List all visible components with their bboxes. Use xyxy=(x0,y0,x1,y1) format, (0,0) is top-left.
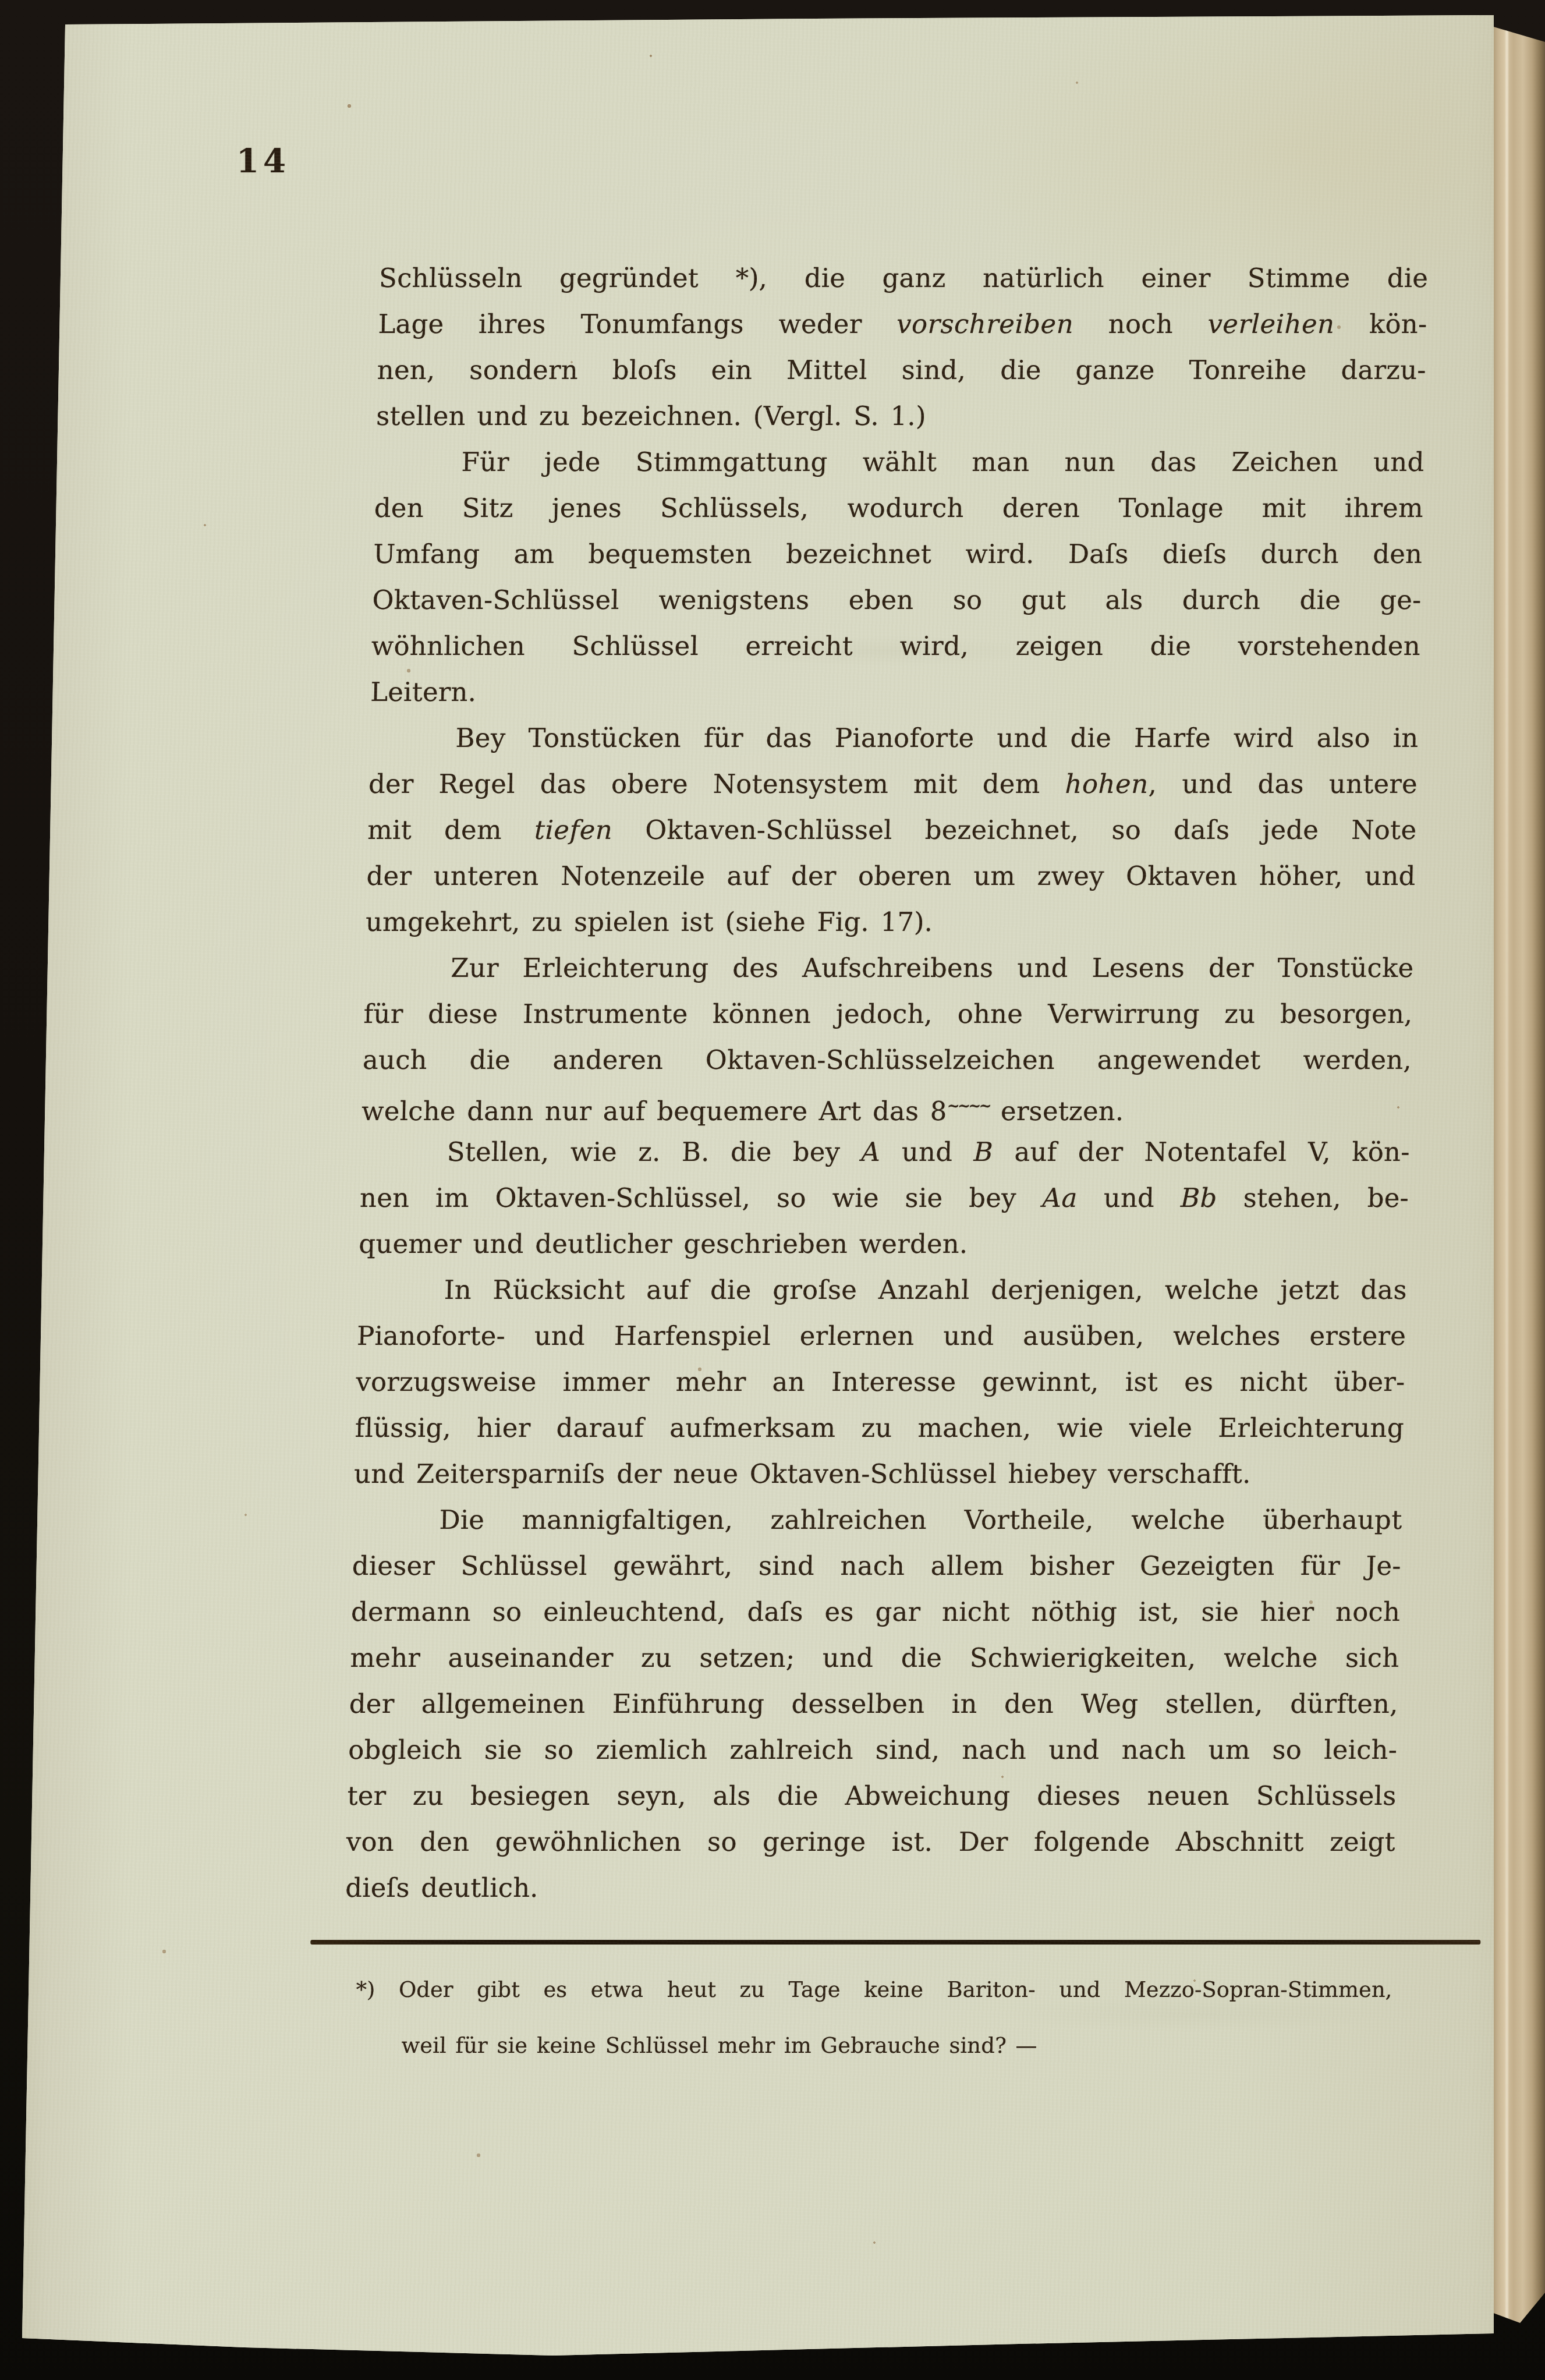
text-segment: für diese Instrumente können jedoch, ohn… xyxy=(363,998,1413,1029)
text-segment: nen im Oktaven-Schlüssel, so wie sie bey xyxy=(360,1182,1043,1213)
octave-squiggle: ~~~~ xyxy=(947,1097,990,1115)
text-line: flüssig, hier darauf aufmerksam zu mache… xyxy=(355,1405,1405,1451)
italic-text: verleihen xyxy=(1207,309,1335,339)
text-line: Umfang am bequemsten bezeichnet wird. Da… xyxy=(373,531,1423,577)
text-segment: ersetzen. xyxy=(989,1096,1124,1127)
text-line: nen im Oktaven-Schlüssel, so wie sie bey… xyxy=(359,1175,1409,1221)
text-line: Leitern. xyxy=(370,669,1420,715)
text-segment: kön- xyxy=(1334,309,1427,339)
text-line: Die mannigfaltigen, zahlreichen Vortheil… xyxy=(353,1497,1403,1543)
body-text: Schlüsseln gegründet *), die ganz natürl… xyxy=(345,255,1429,1911)
text-segment: vorzugsweise immer mehr an Interesse gew… xyxy=(356,1366,1405,1397)
italic-text: Aa xyxy=(1042,1182,1078,1213)
text-line: Für jede Stimmgattung wählt man nun das … xyxy=(375,439,1425,485)
text-line: auch die anderen Oktaven-Schlüsselzeiche… xyxy=(362,1037,1412,1083)
text-segment: In Rücksicht auf die groſse Anzahl derje… xyxy=(444,1274,1407,1305)
text-segment: umgekehrt, zu spielen ist (siehe Fig. 17… xyxy=(365,906,933,937)
text-segment: Pianoforte- und Harfenspiel erlernen und… xyxy=(357,1320,1406,1351)
text-line: vorzugsweise immer mehr an Interesse gew… xyxy=(356,1359,1406,1405)
text-line: obgleich sie so ziemlich zahlreich sind,… xyxy=(348,1727,1398,1773)
text-segment: mit dem xyxy=(367,814,535,845)
italic-text: Bb xyxy=(1181,1182,1218,1213)
text-segment: welche dann nur auf bequemere Art das 8 xyxy=(362,1096,948,1127)
footnote-text: *) Oder gibt es etwa heut zu Tage keine … xyxy=(342,1962,1393,2074)
footnote-rule xyxy=(310,1940,1480,1945)
text-segment: weil für sie keine Schlüssel mehr im Geb… xyxy=(401,2033,1037,2058)
text-segment: stellen und zu bezeichnen. (Vergl. S. 1.… xyxy=(376,401,927,431)
text-line: Bey Tonstücken für das Pianoforte und di… xyxy=(369,715,1419,761)
text-column: Schlüsseln gegründet *), die ganz natürl… xyxy=(342,255,1429,2074)
scan-background: 14 Schlüsseln gegründet *), die ganz nat… xyxy=(0,0,1545,2380)
text-segment: ter zu besiegen seyn, als die Abweichung… xyxy=(347,1780,1397,1811)
text-line: nen, sondern bloſs ein Mittel sind, die … xyxy=(377,347,1427,393)
text-line: umgekehrt, zu spielen ist (siehe Fig. 17… xyxy=(365,899,1415,945)
text-segment: und Zeitersparniſs der neue Oktaven-Schl… xyxy=(354,1458,1252,1489)
italic-text: hohen xyxy=(1065,768,1149,799)
text-segment: der unteren Notenzeile auf der oberen um… xyxy=(366,860,1416,891)
text-line: stellen und zu bezeichnen. (Vergl. S. 1.… xyxy=(375,393,1426,439)
italic-text: A xyxy=(861,1136,881,1167)
text-segment: obgleich sie so ziemlich zahlreich sind,… xyxy=(348,1734,1398,1765)
text-line: Pianoforte- und Harfenspiel erlernen und… xyxy=(356,1313,1406,1359)
text-segment: Umfang am bequemsten bezeichnet wird. Da… xyxy=(373,539,1423,569)
text-segment: wöhnlichen Schlüssel erreicht wird, zeig… xyxy=(371,631,1420,661)
text-segment: der allgemeinen Einführung desselben in … xyxy=(349,1688,1398,1719)
text-line: der unteren Notenzeile auf der oberen um… xyxy=(366,853,1416,899)
text-segment: Bey Tonstücken für das Pianoforte und di… xyxy=(455,722,1419,753)
text-segment: Schlüsseln gegründet *), die ganz natürl… xyxy=(379,263,1429,293)
text-line: Schlüsseln gegründet *), die ganz natürl… xyxy=(378,255,1429,301)
text-line: ter zu besiegen seyn, als die Abweichung… xyxy=(347,1773,1397,1819)
footnote-line: *) Oder gibt es etwa heut zu Tage keine … xyxy=(343,1962,1393,2018)
text-line: dermann so einleuchtend, daſs es gar nic… xyxy=(350,1589,1401,1635)
text-line: Oktaven-Schlüssel wenigstens eben so gut… xyxy=(372,577,1422,623)
text-segment: *) Oder gibt es etwa heut zu Tage keine … xyxy=(356,1977,1392,2002)
text-segment: dieser Schlüssel gewährt, sind nach alle… xyxy=(352,1550,1401,1581)
italic-text: vorschreiben xyxy=(896,309,1073,339)
text-segment: noch xyxy=(1073,309,1208,339)
text-line: Zur Erleichterung des Aufschreibens und … xyxy=(364,945,1415,991)
text-segment: Zur Erleichterung des Aufschreibens und … xyxy=(451,952,1414,983)
text-segment: Oktaven-Schlüssel bezeichnet, so daſs je… xyxy=(612,814,1417,845)
text-segment: und xyxy=(1077,1182,1181,1213)
text-line: dieser Schlüssel gewährt, sind nach alle… xyxy=(352,1543,1402,1589)
text-segment: , und das untere xyxy=(1148,768,1418,799)
text-line: welche dann nur auf bequemere Art das 8~… xyxy=(362,1083,1412,1129)
text-segment: den Sitz jenes Schlüssels, wodurch deren… xyxy=(374,493,1423,523)
text-segment: dieſs deutlich. xyxy=(345,1872,539,1903)
text-line: dieſs deutlich. xyxy=(345,1865,1395,1911)
book-page: 14 Schlüsseln gegründet *), die ganz nat… xyxy=(0,0,1545,2380)
text-line: von den gewöhnlichen so geringe ist. Der… xyxy=(346,1819,1396,1865)
text-segment: und xyxy=(880,1136,974,1167)
page-number: 14 xyxy=(236,142,290,180)
text-line: wöhnlichen Schlüssel erreicht wird, zeig… xyxy=(371,623,1421,669)
text-line: Lage ihres Tonumfangs weder vorschreiben… xyxy=(378,301,1428,347)
text-segment: nen, sondern bloſs ein Mittel sind, die … xyxy=(377,355,1426,385)
text-line: Stellen, wie z. B. die bey A und B auf d… xyxy=(360,1129,1411,1175)
text-segment: auf der Notentafel V, kön- xyxy=(993,1136,1411,1167)
text-segment: von den gewöhnlichen so geringe ist. Der… xyxy=(346,1826,1395,1857)
text-line: In Rücksicht auf die groſse Anzahl derje… xyxy=(357,1267,1408,1313)
text-line: mit dem tiefen Oktaven-Schlüssel bezeich… xyxy=(367,807,1417,853)
text-line: der Regel das obere Notensystem mit dem … xyxy=(368,761,1418,807)
text-segment: quemer und deutlicher geschrieben werden… xyxy=(359,1228,968,1259)
text-segment: Die mannigfaltigen, zahlreichen Vortheil… xyxy=(439,1504,1402,1535)
text-line: den Sitz jenes Schlüssels, wodurch deren… xyxy=(374,485,1424,531)
text-segment: dermann so einleuchtend, daſs es gar nic… xyxy=(351,1596,1401,1627)
italic-text: tiefen xyxy=(534,814,612,845)
text-segment: Stellen, wie z. B. die bey xyxy=(447,1136,862,1167)
text-segment: auch die anderen Oktaven-Schlüsselzeiche… xyxy=(362,1044,1412,1075)
text-line: und Zeitersparniſs der neue Oktaven-Schl… xyxy=(353,1451,1404,1497)
text-line: für diese Instrumente können jedoch, ohn… xyxy=(363,991,1413,1037)
text-line: der allgemeinen Einführung desselben in … xyxy=(349,1681,1399,1727)
fore-edge-crease xyxy=(1505,12,1508,2335)
text-segment: der Regel das obere Notensystem mit dem xyxy=(368,768,1065,799)
text-line: quemer und deutlicher geschrieben werden… xyxy=(359,1221,1409,1267)
italic-text: B xyxy=(973,1136,994,1167)
text-segment: Leitern. xyxy=(370,677,477,707)
text-segment: stehen, be- xyxy=(1217,1182,1409,1213)
text-segment: mehr auseinander zu setzen; und die Schw… xyxy=(350,1642,1399,1673)
text-segment: Lage ihres Tonumfangs weder xyxy=(378,309,897,339)
text-segment: flüssig, hier darauf aufmerksam zu mache… xyxy=(355,1412,1404,1443)
text-segment: Oktaven-Schlüssel wenigstens eben so gut… xyxy=(372,585,1422,615)
footnote-line: weil für sie keine Schlüssel mehr im Geb… xyxy=(342,2018,1392,2074)
page-fore-edge xyxy=(1486,12,1545,2335)
text-line: mehr auseinander zu setzen; und die Schw… xyxy=(350,1635,1400,1681)
text-segment: Für jede Stimmgattung wählt man nun das … xyxy=(461,447,1424,477)
